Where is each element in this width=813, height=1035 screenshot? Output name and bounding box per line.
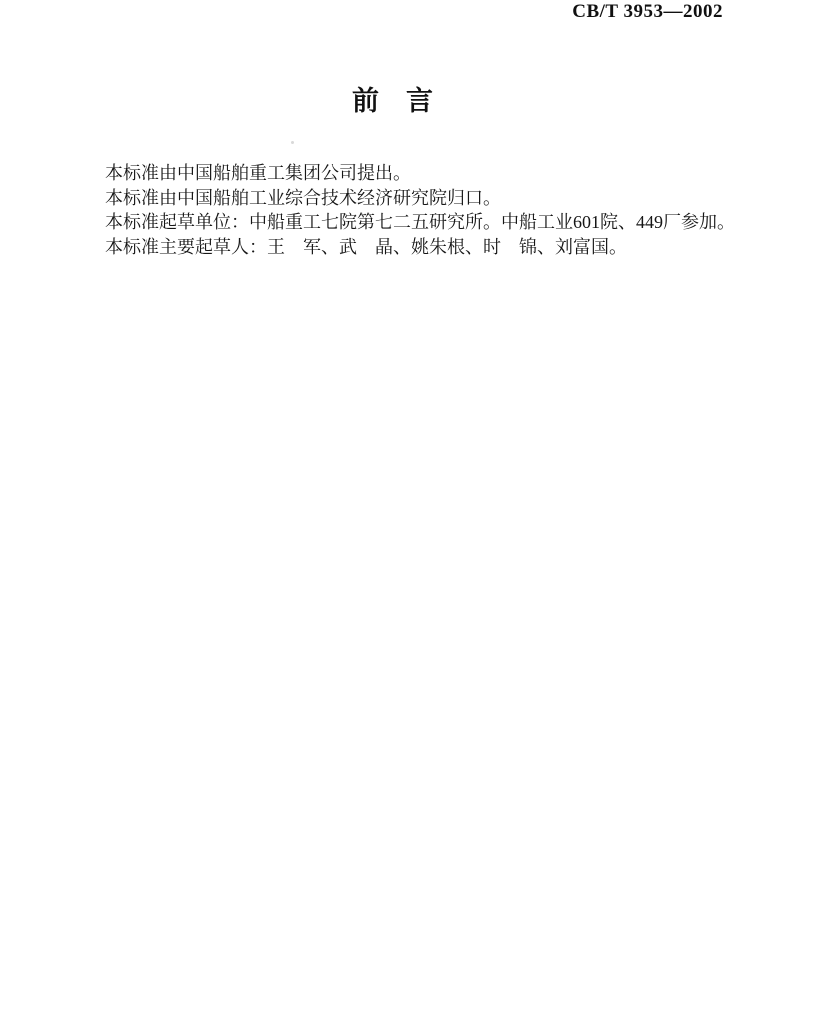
- paragraph-drafting-unit: 本标准起草单位：中船重工七院第七二五研究所。中船工业601院、449厂参加。: [105, 210, 758, 235]
- paragraph-centralized-by: 本标准由中国船舶工业综合技术经济研究院归口。: [105, 186, 758, 211]
- foreword-body: 本标准由中国船舶重工集团公司提出。 本标准由中国船舶工业综合技术经济研究院归口。…: [105, 161, 758, 259]
- page-title: 前 言: [0, 79, 799, 118]
- standard-number: CB/T 3953—2002: [572, 1, 723, 23]
- paragraph-main-drafters: 本标准主要起草人：王 军、武 晶、姚朱根、时 锦、刘富国。: [105, 235, 758, 260]
- scan-speck: [291, 141, 294, 144]
- paragraph-proposed-by: 本标准由中国船舶重工集团公司提出。: [105, 161, 758, 186]
- document-page: CB/T 3953—2002 前 言 本标准由中国船舶重工集团公司提出。 本标准…: [0, 0, 813, 1035]
